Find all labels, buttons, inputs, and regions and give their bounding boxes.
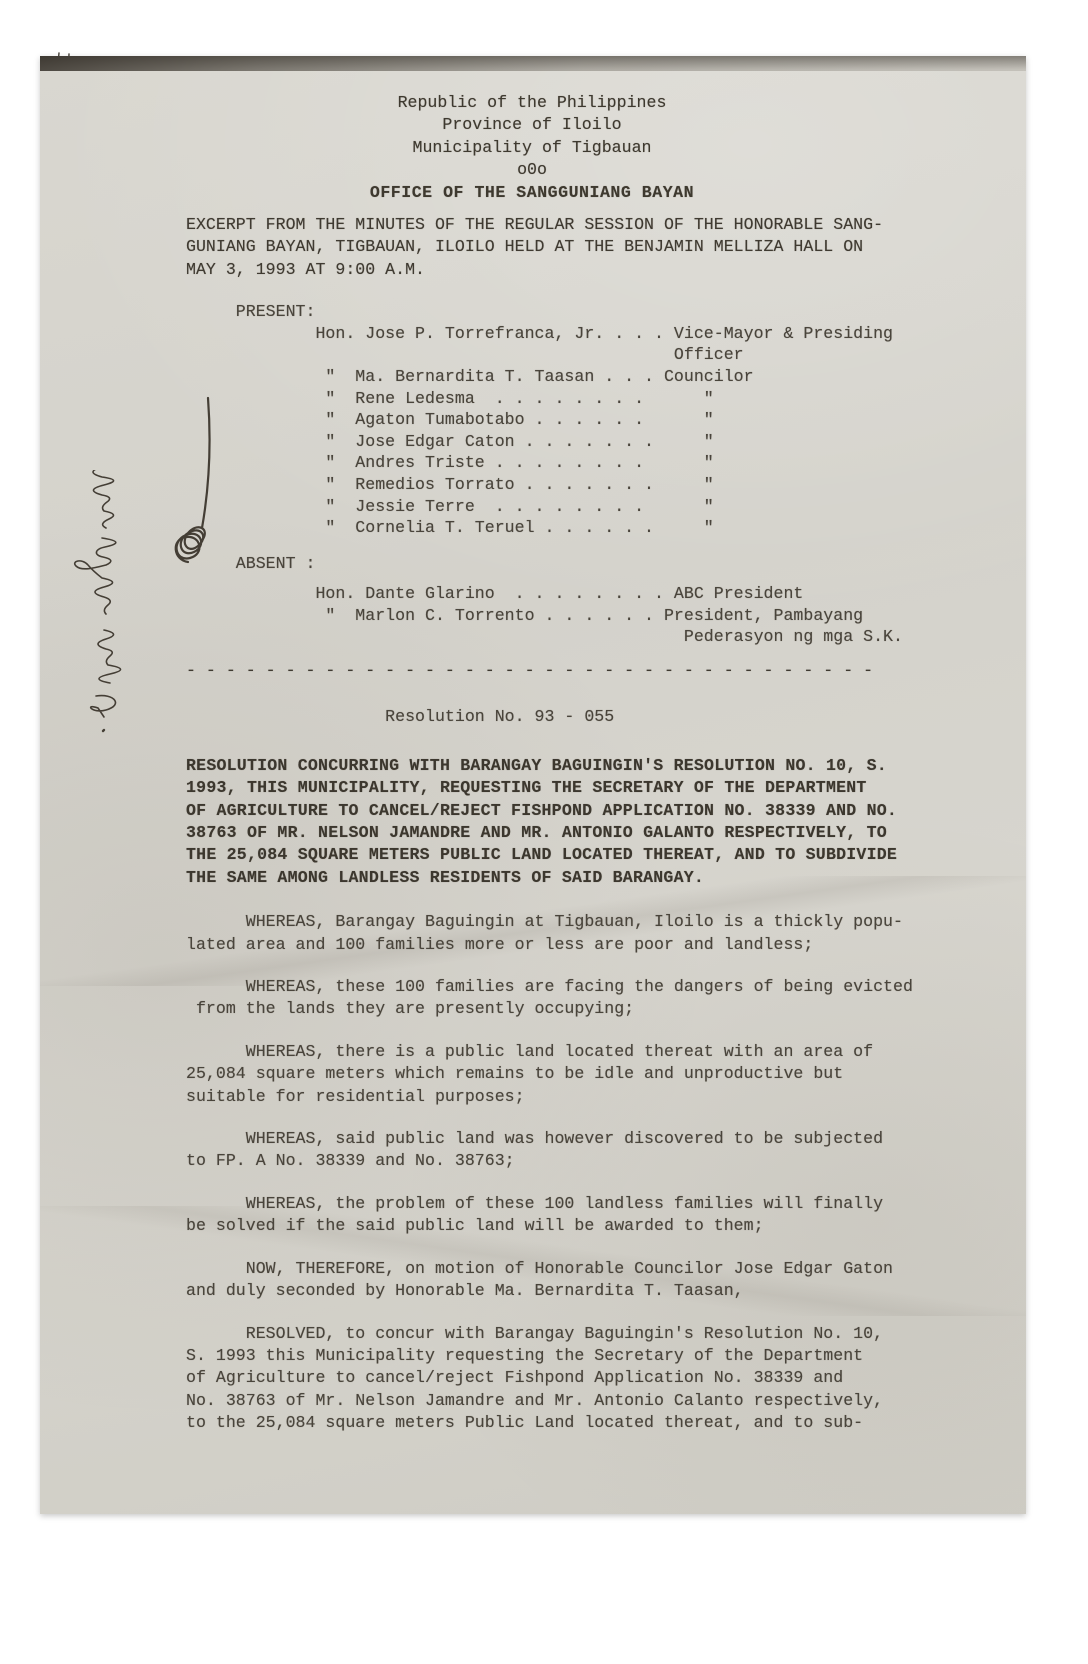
text-line: suitable for residential purposes; [186,1086,1026,1108]
text-line: from the lands they are presently occupy… [186,998,1026,1020]
text-line: MAY 3, 1993 AT 9:00 A.M. [186,259,1026,281]
text-line: OF AGRICULTURE TO CANCEL/REJECT FISHPOND… [186,800,1026,822]
paragraph-now-therefore: NOW, THEREFORE, on motion of Honorable C… [186,1258,1026,1303]
absent-list: Hon. Dante Glarino . . . . . . . . ABC P… [186,583,1026,648]
text-line: 25,084 square meters which remains to be… [186,1063,1026,1085]
session-note: EXCERPT FROM THE MINUTES OF THE REGULAR … [186,214,1026,281]
text-line: EXCERPT FROM THE MINUTES OF THE REGULAR … [186,214,1026,236]
text-line: RESOLVED, to concur with Barangay Baguin… [186,1323,1026,1345]
text-line: Officer [186,344,1026,366]
text-line: NOW, THEREFORE, on motion of Honorable C… [186,1258,1026,1280]
paragraph-whereas-4: WHEREAS, said public land was however di… [186,1128,1026,1173]
document-content: Republic of the PhilippinesProvince of I… [40,56,1026,1435]
text-line: S. 1993 this Municipality requesting the… [186,1345,1026,1367]
scanned-page: Republic of the PhilippinesProvince of I… [0,0,1088,1664]
text-line: lated area and 100 families more or less… [186,934,1026,956]
text-line: " Remedios Torrato . . . . . . . " [186,474,1026,496]
text-line: be solved if the said public land will b… [186,1215,1026,1237]
text-line: RESOLUTION CONCURRING WITH BARANGAY BAGU… [186,755,1026,777]
text-line: WHEREAS, these 100 families are facing t… [186,976,1026,998]
text-line: WHEREAS, there is a public land located … [186,1041,1026,1063]
text-line: " Jessie Terre . . . . . . . . " [186,496,1026,518]
paragraph-whereas-3: WHEREAS, there is a public land located … [186,1041,1026,1108]
text-line: of Agriculture to cancel/reject Fishpond… [186,1367,1026,1389]
letterhead: Republic of the PhilippinesProvince of I… [186,92,878,204]
paragraph-whereas-5: WHEREAS, the problem of these 100 landle… [186,1193,1026,1238]
text-line: WHEREAS, the problem of these 100 landle… [186,1193,1026,1215]
text-line: Hon. Jose P. Torrefranca, Jr. . . . Vice… [186,323,1026,345]
text-line: No. 38763 of Mr. Nelson Jamandre and Mr.… [186,1390,1026,1412]
absent-label: ABSENT : [186,553,1026,575]
text-line: and duly seconded by Honorable Ma. Berna… [186,1280,1026,1302]
resolution-title: RESOLUTION CONCURRING WITH BARANGAY BAGU… [186,755,1026,889]
text-line: " Jose Edgar Caton . . . . . . . " [186,431,1026,453]
text-line: THE 25,084 SQUARE METERS PUBLIC LAND LOC… [186,844,1026,866]
text-line: to FP. A No. 38339 and No. 38763; [186,1150,1026,1172]
text-line: Hon. Dante Glarino . . . . . . . . ABC P… [186,583,1026,605]
text-line: Province of Iloilo [186,114,878,136]
resolution-number: Resolution No. 93 - 055 [186,706,1026,728]
text-line: " Cornelia T. Teruel . . . . . . " [186,517,1026,539]
text-line: " Agaton Tumabotabo . . . . . . " [186,409,1026,431]
text-line: WHEREAS, Barangay Baguingin at Tigbauan,… [186,911,1026,933]
text-line: THE SAME AMONG LANDLESS RESIDENTS OF SAI… [186,867,1026,889]
paragraph-whereas-1: WHEREAS, Barangay Baguingin at Tigbauan,… [186,911,1026,956]
text-line: o0o [186,159,878,181]
text-line: GUNIANG BAYAN, TIGBAUAN, ILOILO HELD AT … [186,236,1026,258]
present-list: PRESENT: Hon. Jose P. Torrefranca, Jr. .… [186,301,1026,539]
text-line: " Andres Triste . . . . . . . . " [186,452,1026,474]
dashed-separator: - - - - - - - - - - - - - - - - - - - - … [186,660,1026,682]
text-line: OFFICE OF THE SANGGUNIANG BAYAN [186,182,878,204]
document-paper: Republic of the PhilippinesProvince of I… [40,56,1026,1514]
text-line: to the 25,084 square meters Public Land … [186,1412,1026,1434]
text-line: " Rene Ledesma . . . . . . . . " [186,388,1026,410]
paragraph-whereas-2: WHEREAS, these 100 families are facing t… [186,976,1026,1021]
text-line: WHEREAS, said public land was however di… [186,1128,1026,1150]
text-line: " Ma. Bernardita T. Taasan . . . Council… [186,366,1026,388]
text-line: 38763 OF MR. NELSON JAMANDRE AND MR. ANT… [186,822,1026,844]
text-line: Municipality of Tigbauan [186,137,878,159]
paragraph-resolved: RESOLVED, to concur with Barangay Baguin… [186,1323,1026,1435]
text-line: Pederasyon ng mga S.K. [186,626,1026,648]
text-line: 1993, THIS MUNICIPALITY, REQUESTING THE … [186,777,1026,799]
text-line: " Marlon C. Torrento . . . . . . Preside… [186,605,1026,627]
text-line: PRESENT: [186,301,1026,323]
text-line: Republic of the Philippines [186,92,878,114]
